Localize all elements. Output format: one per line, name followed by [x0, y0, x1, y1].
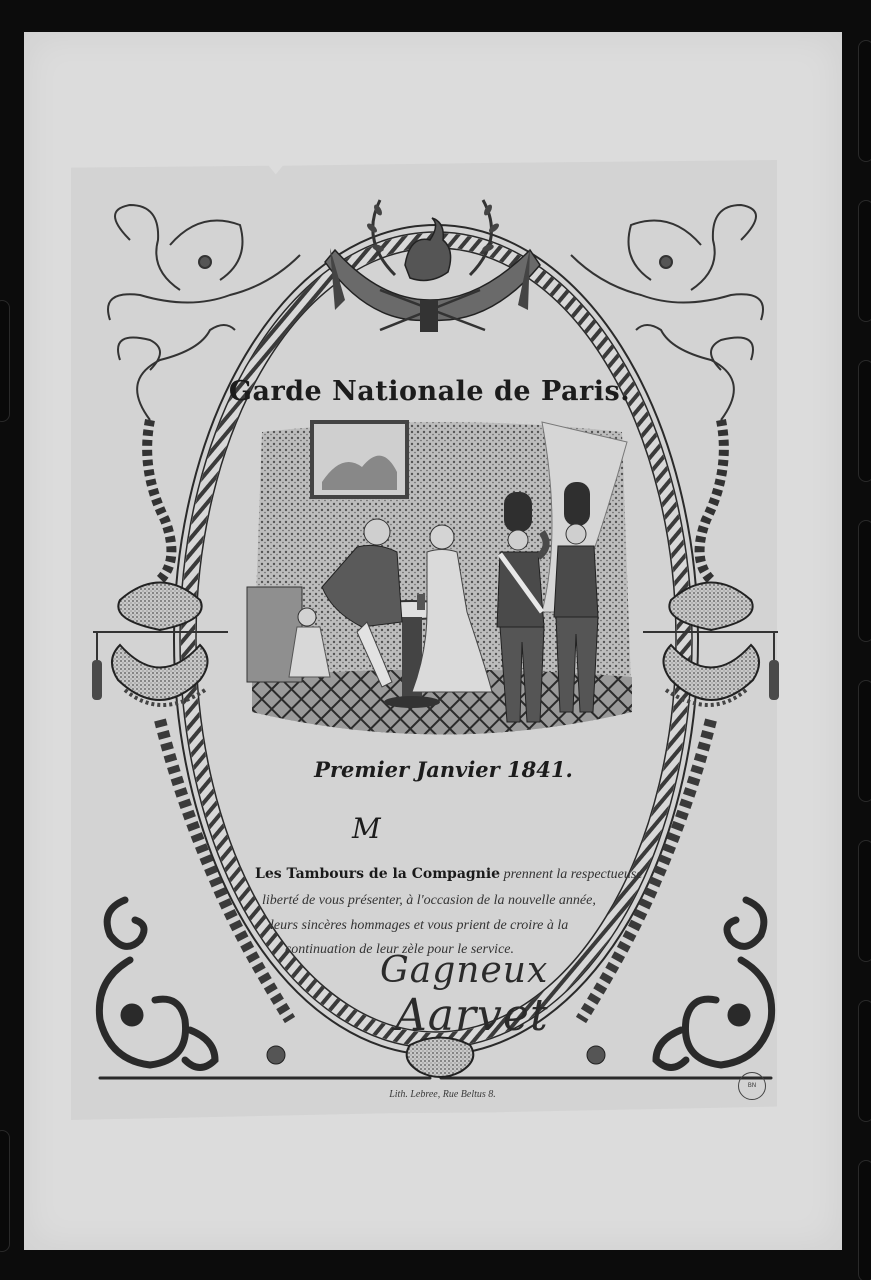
microfilm-frame: Garde Nationale de Paris. Premier Janvie… — [0, 0, 871, 1280]
signature-2: Aarvet — [395, 990, 549, 1041]
body-line-1: Les Tambours de la Compagnie prennent la… — [255, 866, 643, 883]
shell-cartouche-right — [643, 583, 779, 706]
certificate-title: Garde Nationale de Paris. — [0, 376, 865, 407]
body-line-2: liberté de vous présenter, à l'occasion … — [262, 893, 596, 909]
shell-mask-clasp — [267, 1038, 605, 1078]
body-line-3: leurs sincères hommages et vous prient d… — [270, 918, 568, 934]
signature-1: Gagneux — [380, 950, 548, 991]
drummers-visit-illustration — [242, 412, 640, 748]
date-line: Premier Janvier 1841. — [8, 757, 871, 782]
shell-cartouche-left — [92, 583, 228, 706]
library-stamp: BN — [738, 1072, 766, 1100]
body-lead: Les Tambours de la Compagnie — [255, 866, 500, 882]
salutation: M — [352, 812, 381, 845]
body-line-1-rest: prennent la respectueuse — [500, 867, 642, 882]
